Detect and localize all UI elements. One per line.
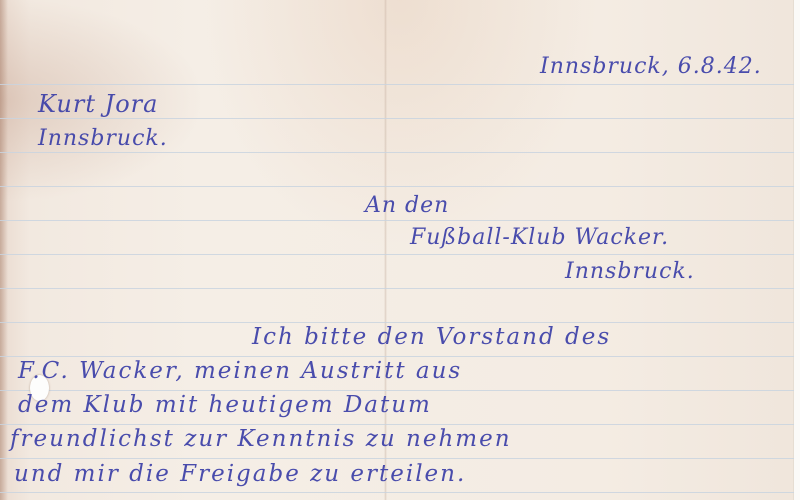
- ruled-line: [0, 254, 794, 255]
- ruled-line: [0, 118, 794, 119]
- body-line: F.C. Wacker, meinen Austritt aus: [18, 358, 462, 384]
- ruled-line: [0, 492, 794, 493]
- paper-left-edge-stain: [0, 0, 8, 500]
- ruled-line: [0, 84, 794, 85]
- ruled-line: [0, 390, 794, 391]
- ruled-line: [0, 220, 794, 221]
- ruled-line: [0, 322, 794, 323]
- body-line: Ich bitte den Vorstand des: [252, 324, 611, 350]
- ruled-line: [0, 424, 794, 425]
- ruled-line: [0, 152, 794, 153]
- paper-right-edge: [793, 0, 800, 500]
- letter-date: Innsbruck, 6.8.42.: [540, 54, 762, 79]
- body-line: und mir die Freigabe zu erteilen.: [14, 461, 466, 487]
- ruled-line: [0, 356, 794, 357]
- sender-city: Innsbruck.: [38, 126, 168, 151]
- recipient-salutation: An den: [365, 193, 449, 218]
- recipient-club: Fußball-Klub Wacker.: [410, 225, 669, 250]
- ruled-line: [0, 186, 794, 187]
- body-line: freundlichst zur Kenntnis zu nehmen: [10, 426, 512, 452]
- ruled-line: [0, 288, 794, 289]
- body-line: dem Klub mit heutigem Datum: [18, 392, 432, 418]
- paper-fold-line: [384, 0, 387, 500]
- letter-page: Innsbruck, 6.8.42. Kurt Jora Innsbruck. …: [0, 0, 800, 500]
- recipient-city: Innsbruck.: [565, 259, 695, 284]
- ruled-line: [0, 458, 794, 459]
- sender-name: Kurt Jora: [38, 90, 158, 118]
